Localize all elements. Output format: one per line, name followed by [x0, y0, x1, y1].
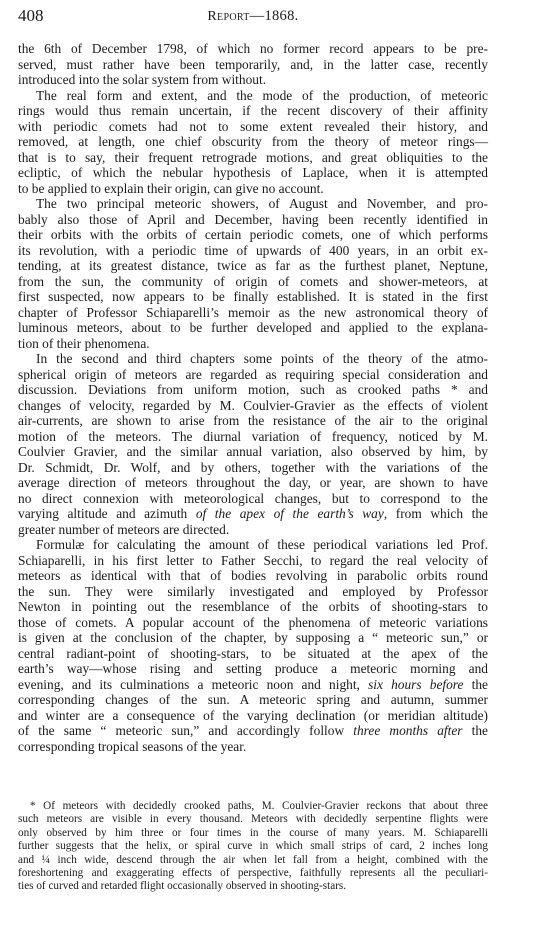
text-line: bably also those of April and December, …	[18, 212, 488, 228]
footnote-line: such meteors are visible in every thousa…	[18, 813, 488, 826]
footnote-line: and ¼ inch wide, descend through the air…	[18, 854, 488, 867]
text-line: Dr. Schmidt, Dr. Wolf, and by others, to…	[18, 460, 488, 476]
footnote-line: further suggests that the helix, or spir…	[18, 840, 488, 853]
text-line: changes of velocity, regarded by M. Coul…	[18, 398, 488, 414]
running-title: Report—1868.	[18, 8, 488, 25]
text-line: corresponding changes of the sun. A mete…	[18, 692, 488, 708]
text-line: those of comets. A popular account of th…	[18, 615, 488, 631]
text-line: is given at the conclusion of the chapte…	[18, 630, 488, 646]
text-line: In the second and third chapters some po…	[18, 351, 488, 367]
text-line: their orbits with the orbits of certain …	[18, 227, 488, 243]
running-title-prefix: Report	[207, 9, 249, 24]
text-line: varying altitude and azimuth of the apex…	[18, 506, 488, 522]
text-line: motion of the meteors. The diurnal varia…	[18, 429, 488, 445]
text-line: The real form and extent, and the mode o…	[18, 88, 488, 104]
text-line: corresponding tropical seasons of the ye…	[18, 739, 488, 755]
text-line: greater number of meteors are directed.	[18, 522, 488, 538]
emphasis: three months after	[353, 723, 462, 738]
text-line: and winter are a consequence of the vary…	[18, 708, 488, 724]
text-line: meteors as identical with that of bodies…	[18, 568, 488, 584]
text-line: average direction of meteors throughout …	[18, 475, 488, 491]
emphasis: of the apex of the earth’s way	[196, 506, 384, 521]
text-line: discussion. Deviations from uniform moti…	[18, 382, 488, 398]
text-line: from the sun, the community of origin of…	[18, 274, 488, 290]
text-line: the 6th of December 1798, of which no fo…	[18, 41, 488, 57]
paragraph: Formulæ for calculating the amount of th…	[18, 537, 488, 754]
footnote-line: foreshortening and exaggerating effects …	[18, 867, 488, 880]
text-line: no direct connexion with meteorological …	[18, 491, 488, 507]
paragraph: the 6th of December 1798, of which no fo…	[18, 41, 488, 88]
footnote-line: ties of curved and retarded flight occas…	[18, 880, 488, 893]
text-line: Schiaparelli, in his first letter to Fat…	[18, 553, 488, 569]
text-line: Formulæ for calculating the amount of th…	[18, 537, 488, 553]
text-line: to be applied to explain their origin, c…	[18, 181, 488, 197]
text-line: air-currents, are shown to arise from th…	[18, 413, 488, 429]
footnote-line: only observed by him three or four times…	[18, 827, 488, 840]
paragraph: In the second and third chapters some po…	[18, 351, 488, 537]
text-line: with periodic comets had not to some ext…	[18, 119, 488, 135]
text-line: luminous meteors, about to be further de…	[18, 320, 488, 336]
text-line: central radiant-point of shooting-stars,…	[18, 646, 488, 662]
text-line: Newton in pointing out the resemblance o…	[18, 599, 488, 615]
text-line: served, must rather have been temporaril…	[18, 57, 488, 73]
text-line: tending, at its greatest distance, twice…	[18, 258, 488, 274]
text-line: rings would thus remain uncertain, if th…	[18, 103, 488, 119]
page-header: 408 Report—1868.	[18, 6, 488, 30]
text-line: ecliptic, of which the nebular hypothesi…	[18, 165, 488, 181]
text-line: introduced into the solar system from wi…	[18, 72, 488, 88]
text-line: that is to say, their frequent retrograd…	[18, 150, 488, 166]
body-text: the 6th of December 1798, of which no fo…	[18, 41, 488, 754]
text-line: The two principal meteoric showers, of A…	[18, 196, 488, 212]
running-title-suffix: —1868.	[250, 8, 299, 24]
paragraph: The real form and extent, and the mode o…	[18, 88, 488, 197]
text-line: tion of their phenomena.	[18, 336, 488, 352]
text-line: earth’s way—whose rising and setting pro…	[18, 661, 488, 677]
footnote-line: * Of meteors with decidedly crooked path…	[18, 800, 488, 813]
text-line: the sun. They were similarly investigate…	[18, 584, 488, 600]
text-line: of the same “ meteoric sun,” and accordi…	[18, 723, 488, 739]
text-line: its revolution, with a periodic time of …	[18, 243, 488, 259]
text-line: Coulvier Gravier, and the similar annual…	[18, 444, 488, 460]
paragraph: The two principal meteoric showers, of A…	[18, 196, 488, 351]
text-line: evening, and its culminations a meteoric…	[18, 677, 488, 693]
text-line: first suspected, now appears to be final…	[18, 289, 488, 305]
footnote: * Of meteors with decidedly crooked path…	[18, 800, 488, 894]
emphasis: six hours before	[368, 677, 463, 692]
text-line: chapter of Professor Schiaparelli’s memo…	[18, 305, 488, 321]
text-line: spherical origin of meteors are regarded…	[18, 367, 488, 383]
text-line: removed, at length, one chief obscurity …	[18, 134, 488, 150]
